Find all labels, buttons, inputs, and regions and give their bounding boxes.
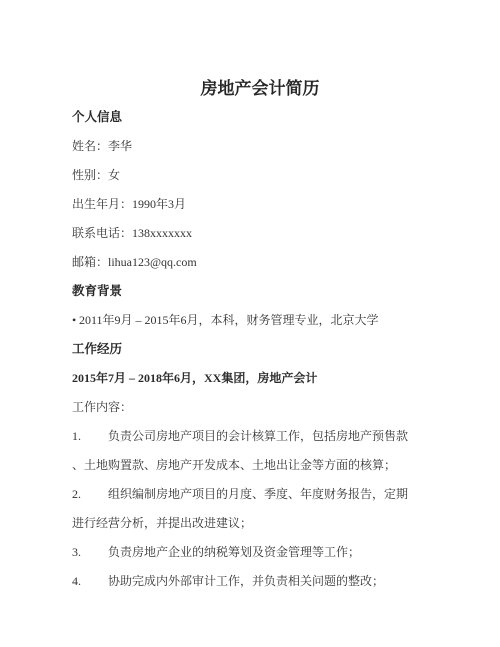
field-phone: 联系电话：138xxxxxxx: [72, 219, 448, 248]
bullet-marker: •: [72, 306, 79, 335]
work-content-label: 工作内容：: [72, 393, 448, 422]
field-name: 姓名：李华: [72, 132, 448, 161]
work-item-line: 、土地购置款、房地产开发成本、土地出让金等方面的核算；: [72, 451, 448, 480]
work-item-line: 2.组织编制房地产项目的月度、季度、年度财务报告，定期: [72, 480, 448, 509]
education-entry-text: 2011年9月 – 2015年6月，本科，财务管理专业，北京大学: [79, 313, 379, 327]
work-period: 2015年7月 – 2018年6月，XX集团，房地产会计: [72, 364, 448, 393]
item-number: 3.: [72, 538, 108, 567]
section-heading-work: 工作经历: [72, 335, 448, 364]
work-item: 4.协助完成内外部审计工作，并负责相关问题的整改；: [72, 567, 448, 596]
work-item: 1.负责公司房地产项目的会计核算工作，包括房地产预售款 、土地购置款、房地产开发…: [72, 422, 448, 480]
item-text: 组织编制房地产项目的月度、季度、年度财务报告，定期: [108, 487, 408, 501]
work-item-line: 4.协助完成内外部审计工作，并负责相关问题的整改；: [72, 567, 448, 596]
item-text: 协助完成内外部审计工作，并负责相关问题的整改；: [108, 574, 384, 588]
item-text: 进行经营分析，并提出改进建议；: [72, 516, 252, 530]
item-number: 1.: [72, 422, 108, 451]
item-text: 、土地购置款、房地产开发成本、土地出让金等方面的核算；: [72, 458, 396, 472]
work-item: 2.组织编制房地产项目的月度、季度、年度财务报告，定期 进行经营分析，并提出改进…: [72, 480, 448, 538]
field-email: 邮箱：lihua123@qq.com: [72, 248, 448, 277]
item-text: 负责公司房地产项目的会计核算工作，包括房地产预售款: [108, 429, 408, 443]
item-number: 2.: [72, 480, 108, 509]
work-item-line: 3.负责房地产企业的纳税筹划及资金管理等工作；: [72, 538, 448, 567]
work-item-line: 1.负责公司房地产项目的会计核算工作，包括房地产预售款: [72, 422, 448, 451]
field-birth: 出生年月：1990年3月: [72, 190, 448, 219]
work-item-line: 进行经营分析，并提出改进建议；: [72, 509, 448, 538]
item-text: 负责房地产企业的纳税筹划及资金管理等工作；: [108, 545, 360, 559]
section-heading-education: 教育背景: [72, 277, 448, 306]
field-gender: 性别：女: [72, 161, 448, 190]
item-number: 4.: [72, 567, 108, 596]
document-title: 房地产会计简历: [72, 74, 448, 103]
work-item: 3.负责房地产企业的纳税筹划及资金管理等工作；: [72, 538, 448, 567]
section-heading-personal: 个人信息: [72, 103, 448, 132]
education-entry: •2011年9月 – 2015年6月，本科，财务管理专业，北京大学: [72, 306, 448, 335]
document-page: 房地产会计简历 个人信息 姓名：李华 性别：女 出生年月：1990年3月 联系电…: [0, 0, 500, 647]
